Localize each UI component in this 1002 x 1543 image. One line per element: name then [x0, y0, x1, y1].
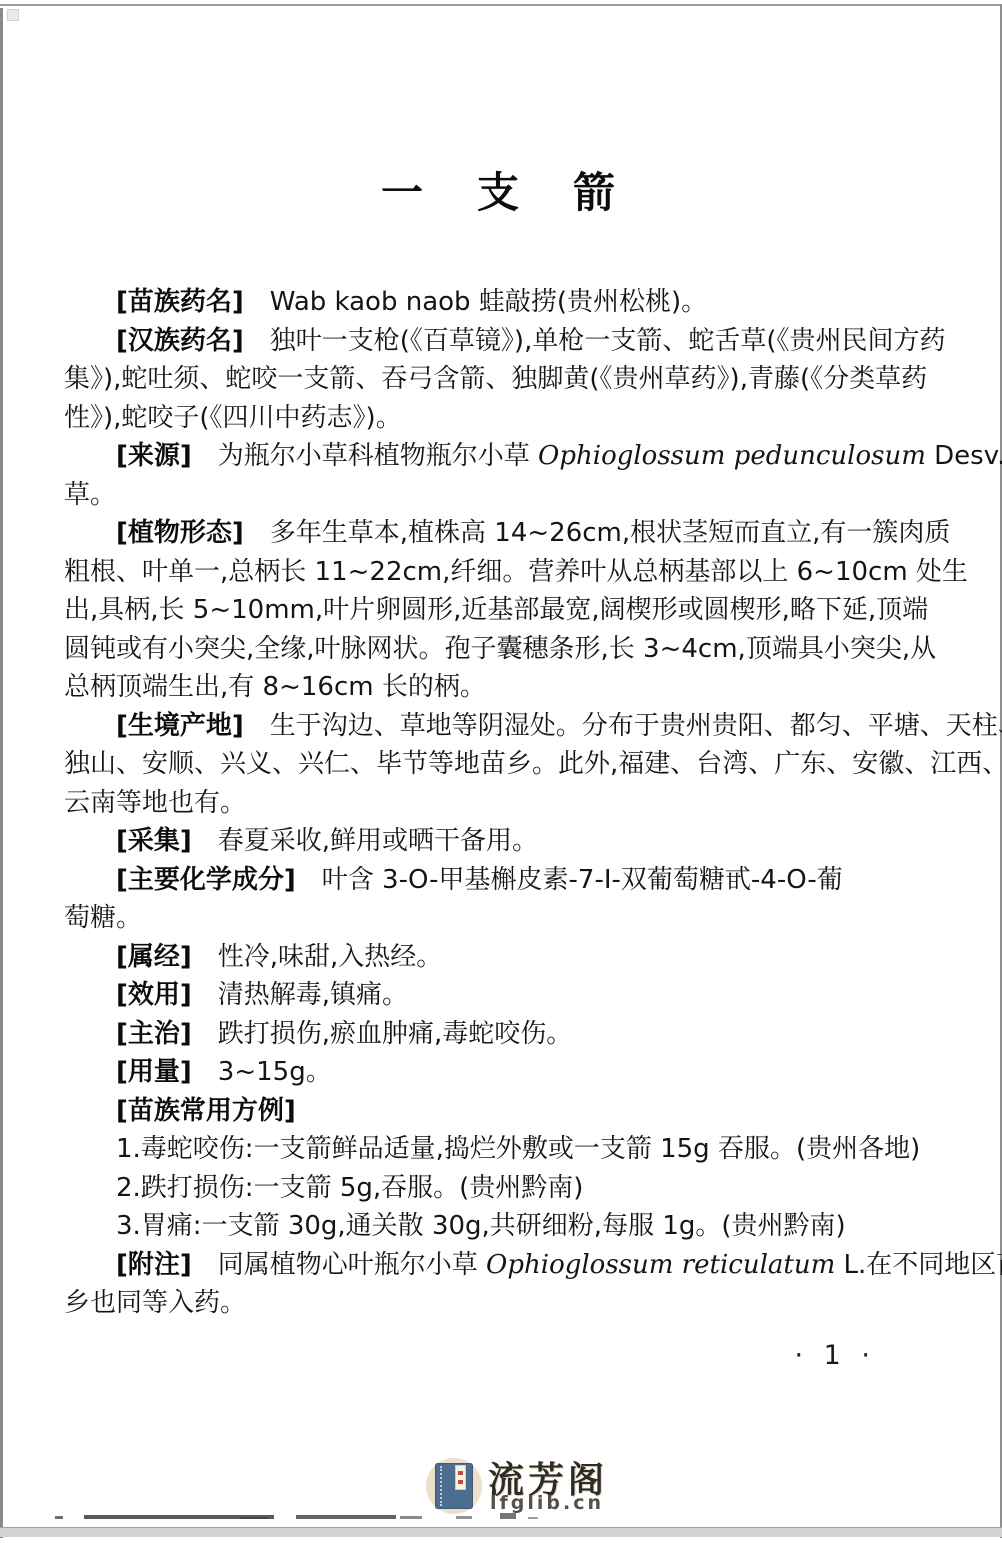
text-line: 集》),蛇吐须、蛇咬一支箭、吞弓含箭、独脚黄(《贵州草药》),青藤(《分类草药 — [64, 360, 946, 399]
text-line: [采集] 春夏采收,鲜用或晒干备用。 — [64, 822, 946, 861]
scan-artifact — [55, 1516, 63, 1519]
text-segment: 乡也同等入药。 — [64, 1288, 246, 1318]
text-segment: 叶含 3-O-甲基槲皮素-7-I-双葡萄糖甙-4-O-葡 — [296, 865, 843, 895]
text-line: [植物形态] 多年生草本,植株高 14~26cm,根状茎短而直立,有一簇肉质 — [64, 514, 946, 553]
text-segment: 3~15g。 — [192, 1057, 332, 1087]
text-segment: 3.胃痛:一支箭 30g,通关散 30g,共研细粉,每服 1g。(贵州黔南) — [116, 1211, 846, 1241]
book-title-label — [455, 1465, 466, 1490]
text-line: [主治] 跌打损伤,瘀血肿痛,毒蛇咬伤。 — [64, 1015, 946, 1054]
text-segment: 粗根、叶单一,总柄长 11~22cm,纤细。营养叶从总柄基部以上 6~10cm … — [64, 557, 968, 587]
section-label: [附注] — [116, 1250, 192, 1280]
text-segment: 总柄顶端生出,有 8~16cm 长的柄。 — [64, 672, 486, 702]
text-segment: 多年生草本,植株高 14~26cm,根状茎短而直立,有一簇肉质 — [244, 518, 951, 548]
section-label: [主治] — [116, 1019, 192, 1049]
book-stitch-detail — [440, 1466, 442, 1506]
text-line: 总柄顶端生出,有 8~16cm 长的柄。 — [64, 668, 946, 707]
text-line: [效用] 清热解毒,镇痛。 — [64, 976, 946, 1015]
text-segment: 春夏采收,鲜用或晒干备用。 — [192, 826, 538, 856]
scan-artifact — [296, 1515, 396, 1519]
text-segment: 独叶一支枪(《百草镜》),单枪一支箭、蛇舌草(《贵州民间方药 — [244, 326, 946, 356]
text-segment: 云南等地也有。 — [64, 788, 246, 818]
text-segment: 圆钝或有小突尖,全缘,叶脉网状。孢子囊穗条形,长 3~4cm,顶端具小突尖,从 — [64, 634, 936, 664]
section-label: [属经] — [116, 942, 192, 972]
section-label: [苗族常用方例] — [116, 1096, 296, 1126]
text-line: 3.胃痛:一支箭 30g,通关散 30g,共研细粉,每服 1g。(贵州黔南) — [64, 1207, 946, 1246]
latin-species-name: Ophioglossum reticulatum — [486, 1250, 835, 1280]
text-line: 2.跌打损伤:一支箭 5g,吞服。(贵州黔南) — [64, 1169, 946, 1208]
text-segment: 萄糖。 — [64, 903, 142, 933]
scan-artifact — [500, 1513, 516, 1519]
text-line: 出,具柄,长 5~10mm,叶片卵圆形,近基部最宽,阔楔形或圆楔形,略下延,顶端 — [64, 591, 946, 630]
text-line: [苗族药名] Wab kaob naob 蛙敲捞(贵州松桃)。 — [64, 283, 946, 322]
section-label: [采集] — [116, 826, 192, 856]
scanned-book-page: { "page": { "title": "一 支 箭", "page_numb… — [0, 0, 1002, 1543]
text-line: 独山、安顺、兴义、兴仁、毕节等地苗乡。此外,福建、台湾、广东、安徽、江西、四川、 — [64, 745, 946, 784]
text-line: 萄糖。 — [64, 899, 946, 938]
page-number: · 1 · — [794, 1340, 876, 1371]
page-border-top — [0, 4, 1002, 6]
text-segment: 2.跌打损伤:一支箭 5g,吞服。(贵州黔南) — [116, 1173, 583, 1203]
text-line: 1.毒蛇咬伤:一支箭鲜品适量,捣烂外敷或一支箭 15g 吞服。(贵州各地) — [64, 1130, 946, 1169]
section-label: [效用] — [116, 980, 192, 1010]
text-line: 云南等地也有。 — [64, 784, 946, 823]
text-line: [属经] 性冷,味甜,入热经。 — [64, 938, 946, 977]
text-line: 乡也同等入药。 — [64, 1284, 946, 1323]
text-segment: 性》),蛇咬子(《四川中药志》)。 — [64, 403, 402, 433]
section-label: [用量] — [116, 1057, 192, 1087]
text-segment: 1.毒蛇咬伤:一支箭鲜品适量,捣烂外敷或一支箭 15g 吞服。(贵州各地) — [116, 1134, 920, 1164]
watermark: 流芳阁 lfglib.cn — [426, 1452, 646, 1520]
text-segment: 集》),蛇吐须、蛇咬一支箭、吞弓含箭、独脚黄(《贵州草药》),青藤(《分类草药 — [64, 364, 927, 394]
page-border-bottom-band — [0, 1527, 1002, 1537]
page-border-left — [0, 8, 3, 1538]
page-title: 一 支 箭 — [0, 160, 1002, 220]
watermark-badge — [426, 1458, 482, 1514]
text-segment: Desv.的全 — [926, 441, 1002, 471]
text-line: [附注] 同属植物心叶瓶尔小草 Ophioglossum reticulatum… — [64, 1246, 946, 1285]
text-line: [苗族常用方例] — [64, 1092, 946, 1131]
text-segment: 出,具柄,长 5~10mm,叶片卵圆形,近基部最宽,阔楔形或圆楔形,略下延,顶端 — [64, 595, 928, 625]
text-segment: 生于沟边、草地等阴湿处。分布于贵州贵阳、都匀、平塘、天柱、 — [244, 711, 1002, 741]
section-label: [主要化学成分] — [116, 865, 296, 895]
text-line: 粗根、叶单一,总柄长 11~22cm,纤细。营养叶从总柄基部以上 6~10cm … — [64, 553, 946, 592]
text-line: [主要化学成分] 叶含 3-O-甲基槲皮素-7-I-双葡萄糖甙-4-O-葡 — [64, 861, 946, 900]
latin-species-name: Ophioglossum pedunculosum — [538, 441, 926, 471]
text-line: [用量] 3~15g。 — [64, 1053, 946, 1092]
text-line: 性》),蛇咬子(《四川中药志》)。 — [64, 399, 946, 438]
section-label: [植物形态] — [116, 518, 244, 548]
text-segment: 性冷,味甜,入热经。 — [192, 942, 443, 972]
text-block: [苗族药名] Wab kaob naob 蛙敲捞(贵州松桃)。[汉族药名] 独叶… — [64, 283, 946, 1323]
scan-artifact — [7, 9, 19, 21]
section-label: [生境产地] — [116, 711, 244, 741]
text-segment: Wab kaob naob 蛙敲捞(贵州松桃)。 — [244, 287, 707, 317]
scan-artifact — [400, 1516, 422, 1519]
text-segment: 草。 — [64, 480, 116, 510]
watermark-site-domain: lfglib.cn — [490, 1492, 604, 1514]
text-segment: 清热解毒,镇痛。 — [192, 980, 408, 1010]
text-segment: 跌打损伤,瘀血肿痛,毒蛇咬伤。 — [192, 1019, 573, 1049]
thread-bound-book-icon — [435, 1463, 473, 1509]
text-segment: 独山、安顺、兴义、兴仁、毕节等地苗乡。此外,福建、台湾、广东、安徽、江西、四川、 — [64, 749, 1002, 779]
text-line: [生境产地] 生于沟边、草地等阴湿处。分布于贵州贵阳、都匀、平塘、天柱、 — [64, 707, 946, 746]
text-segment: 为瓶尔小草科植物瓶尔小草 — [192, 441, 538, 471]
section-label: [汉族药名] — [116, 326, 244, 356]
text-line: [来源] 为瓶尔小草科植物瓶尔小草 Ophioglossum pedunculo… — [64, 437, 946, 476]
text-line: [汉族药名] 独叶一支枪(《百草镜》),单枪一支箭、蛇舌草(《贵州民间方药 — [64, 322, 946, 361]
section-label: [苗族药名] — [116, 287, 244, 317]
section-label: [来源] — [116, 441, 192, 471]
text-line: 圆钝或有小突尖,全缘,叶脉网状。孢子囊穗条形,长 3~4cm,顶端具小突尖,从 — [64, 630, 946, 669]
text-segment: 同属植物心叶瓶尔小草 — [192, 1250, 486, 1280]
scan-artifact — [528, 1517, 538, 1519]
scan-artifact — [240, 1517, 268, 1519]
text-line: 草。 — [64, 476, 946, 515]
text-segment: L.在不同地区苗 — [835, 1250, 1002, 1280]
scan-artifact — [456, 1516, 472, 1519]
